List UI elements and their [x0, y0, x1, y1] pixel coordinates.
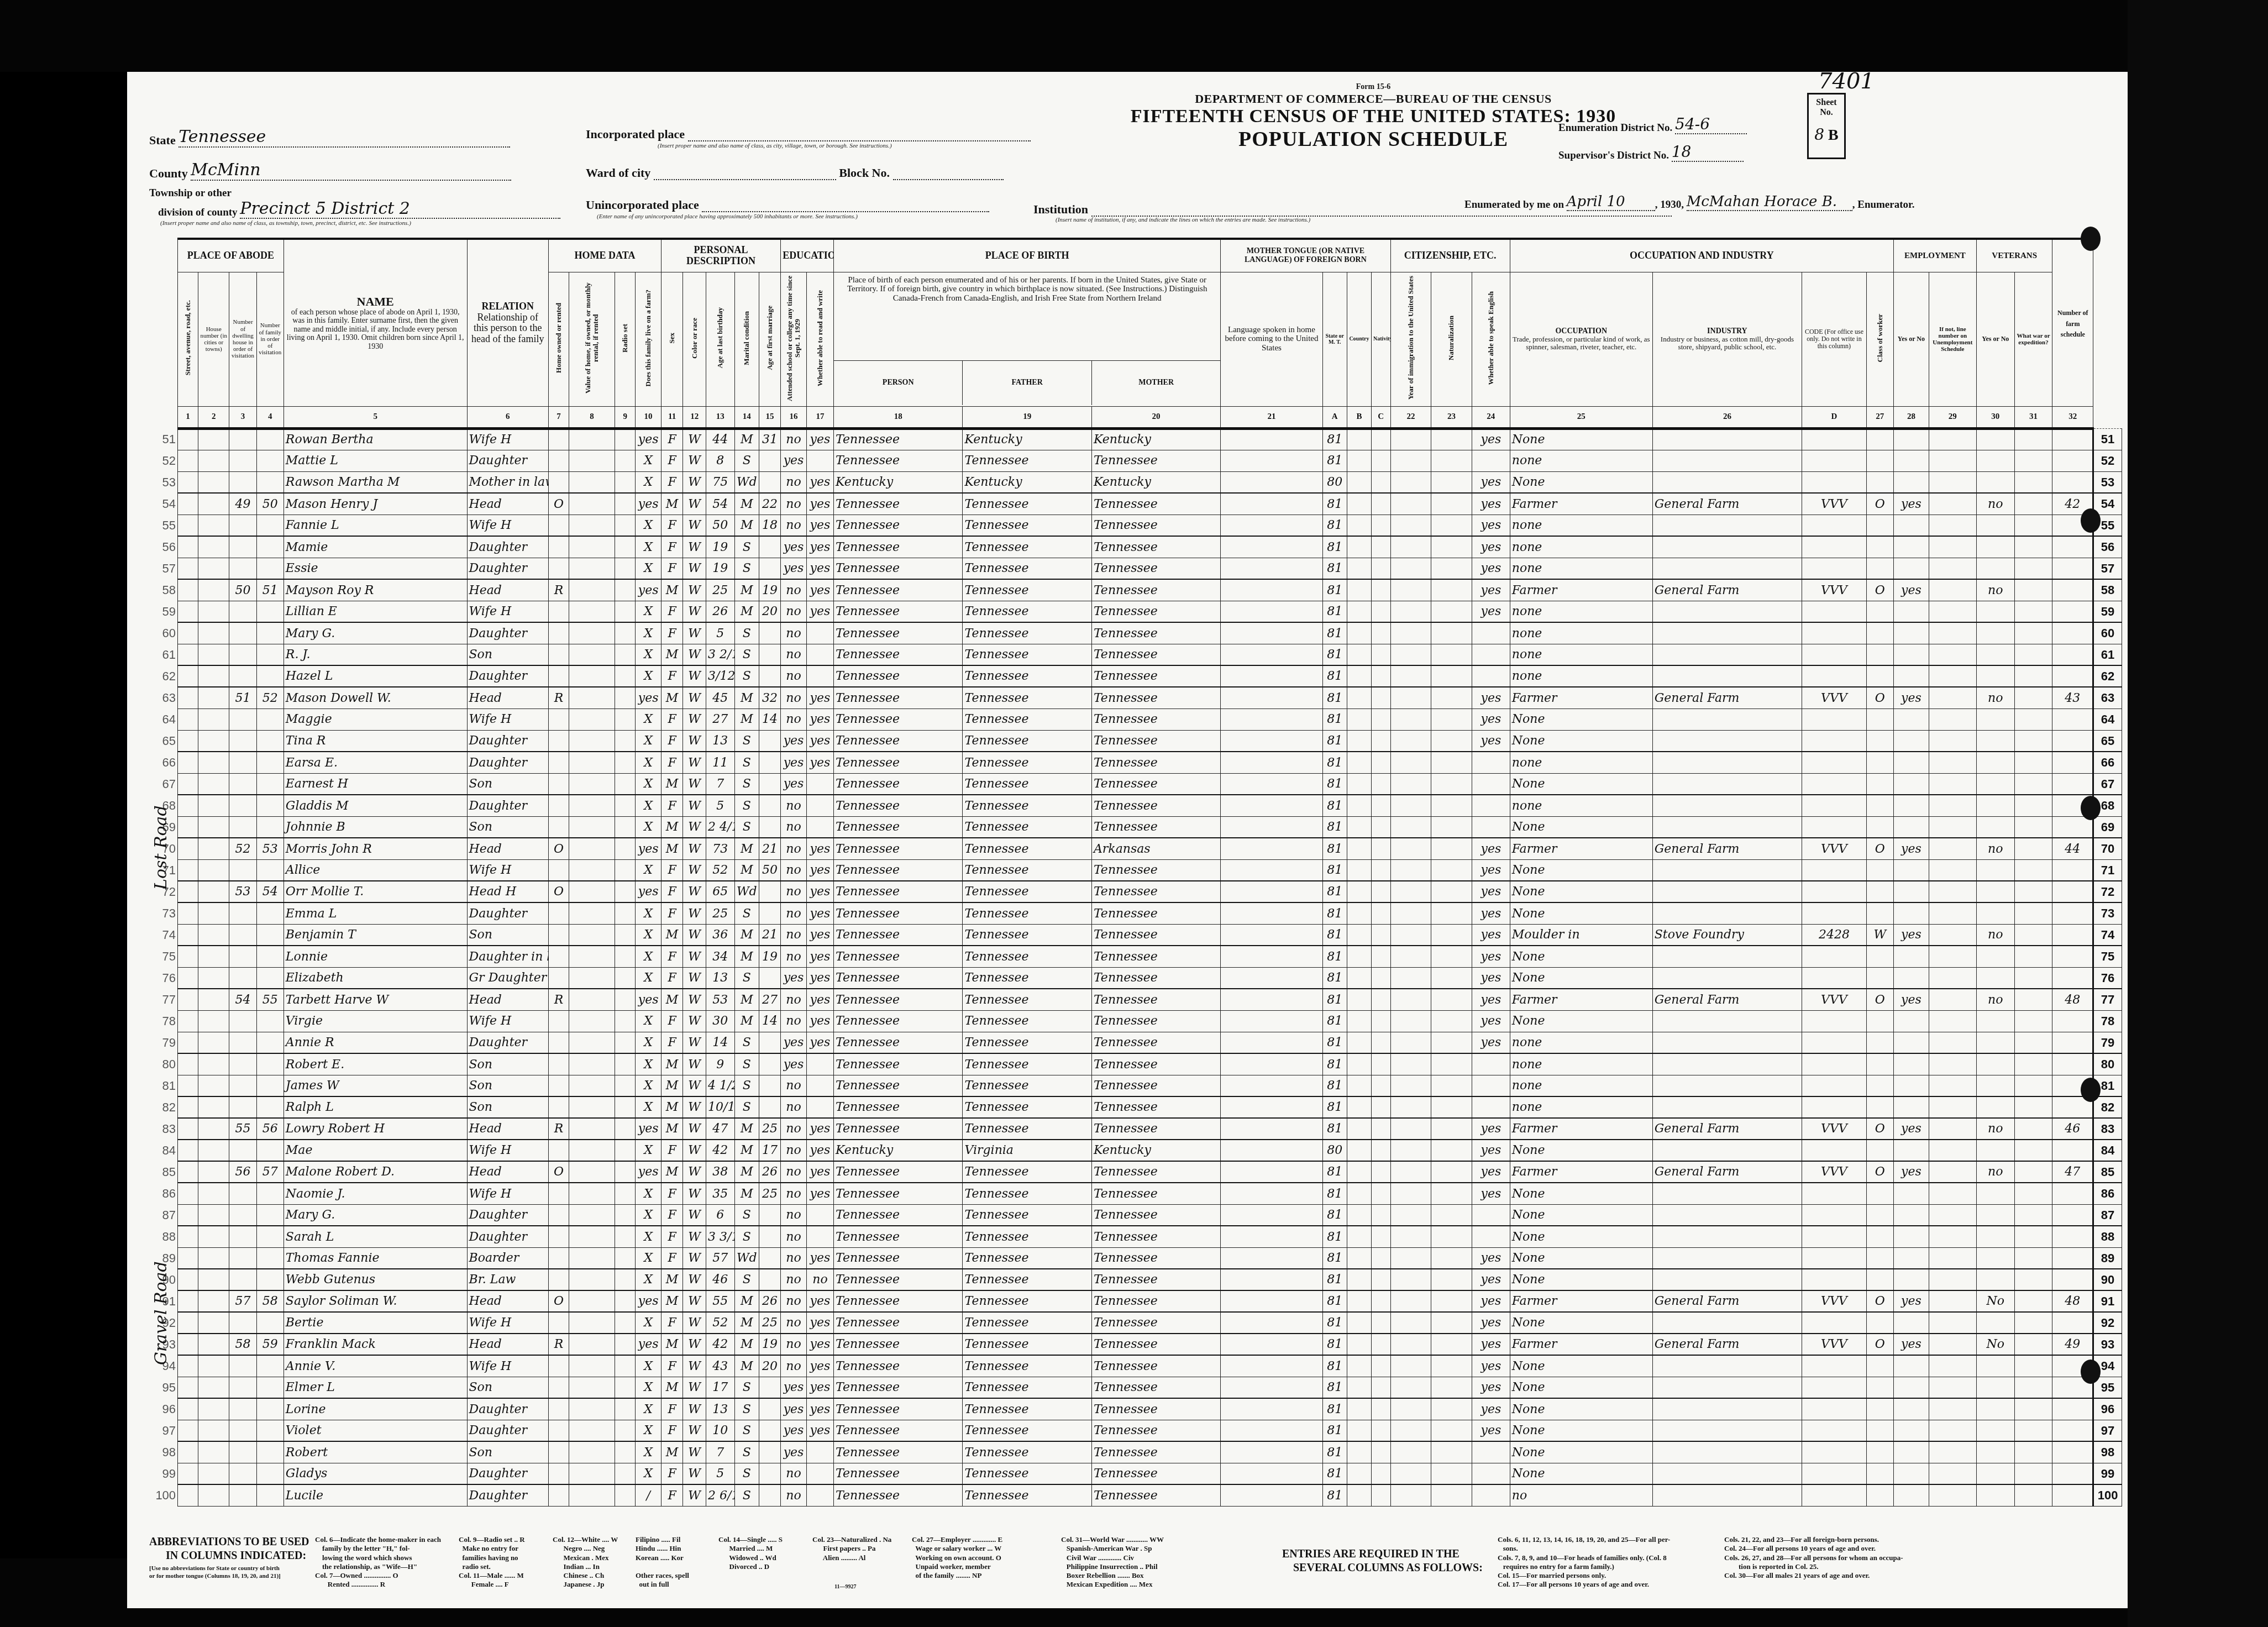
read-write: [806, 622, 833, 644]
empty-cell: [615, 989, 636, 1010]
group-place-of-abode: PLACE OF ABODE: [178, 239, 284, 272]
birthplace-father: Tennessee: [963, 601, 1091, 622]
table-row: 84MaeWife HXFW42M17noyesKentuckyVirginia…: [149, 1140, 2122, 1161]
class-of-worker: [1866, 1204, 1893, 1226]
empty-cell: [198, 967, 229, 989]
code-state: 81: [1322, 730, 1347, 752]
person-name: Tarbett Harve W: [283, 989, 467, 1010]
occupation: None: [1510, 1140, 1652, 1161]
race: W: [683, 1032, 706, 1053]
line-number: 83: [2093, 1118, 2122, 1140]
occupation: no: [1510, 1484, 1652, 1506]
home-owned: [548, 536, 569, 558]
empty-cell: [1221, 838, 1322, 859]
empty-cell: [1372, 1247, 1390, 1269]
line-number: 92: [2093, 1312, 2122, 1334]
dwelling-number: [229, 795, 256, 816]
occupation-code: [1802, 622, 1867, 644]
class-of-worker: O: [1866, 687, 1893, 708]
dwelling-number: 52: [229, 838, 256, 859]
birthplace-father: Tennessee: [963, 1290, 1091, 1312]
empty-cell: [2014, 730, 2052, 752]
farm-residence: X: [636, 450, 662, 471]
empty-cell: [569, 881, 615, 902]
sex: F: [661, 471, 683, 493]
race: W: [683, 579, 706, 601]
age-at-marriage: 14: [759, 708, 780, 730]
township-value: Precinct 5 District 2: [240, 200, 560, 219]
industry: General Farm: [1652, 579, 1802, 601]
empty-cell: [569, 1355, 615, 1377]
occupation: None: [1510, 967, 1652, 989]
line-number: 58: [149, 579, 178, 601]
class-of-worker: [1866, 1053, 1893, 1075]
birthplace-person: Tennessee: [834, 1377, 963, 1398]
empty-cell: [1372, 644, 1390, 665]
relation: Son: [467, 1053, 548, 1075]
class-of-worker: [1866, 1226, 1893, 1247]
column-number: 32: [2052, 406, 2093, 428]
empty-cell: [178, 1312, 198, 1334]
race: W: [683, 493, 706, 515]
employed: [1893, 1053, 1929, 1075]
relation: Daughter: [467, 1226, 548, 1247]
empty-cell: [178, 450, 198, 471]
table-row: 92BertieWife HXFW52M25noyesTennesseeTenn…: [149, 1312, 2122, 1334]
empty-cell: [1431, 1420, 1472, 1441]
family-number: [256, 1010, 283, 1032]
empty-cell: [615, 1032, 636, 1053]
class-of-worker: [1866, 450, 1893, 471]
age-at-marriage: 18: [759, 515, 780, 536]
empty-cell: [178, 989, 198, 1010]
code-state: 81: [1322, 816, 1347, 838]
industry: [1652, 1247, 1802, 1269]
speaks-english: [1472, 1204, 1510, 1226]
code-state: 81: [1322, 752, 1347, 773]
occupation: None: [1510, 1463, 1652, 1484]
industry: [1652, 536, 1802, 558]
relation: Boarder: [467, 1247, 548, 1269]
farm-residence: X: [636, 536, 662, 558]
birthplace-father: Tennessee: [963, 773, 1091, 795]
age: 38: [706, 1161, 735, 1183]
age: 5: [706, 1463, 735, 1484]
empty-cell: [1431, 1312, 1472, 1334]
relation: Daughter: [467, 450, 548, 471]
class-of-worker: [1866, 471, 1893, 493]
code-state: 80: [1322, 471, 1347, 493]
dwelling-number: [229, 859, 256, 881]
person-name: Sarah L: [283, 1226, 467, 1247]
empty-cell: [1221, 428, 1322, 450]
relation: Daughter: [467, 1032, 548, 1053]
farm-schedule-number: [2052, 1441, 2093, 1463]
employed: [1893, 967, 1929, 989]
industry: [1652, 816, 1802, 838]
line-number: 83: [149, 1118, 178, 1140]
occupation: Farmer: [1510, 989, 1652, 1010]
school-attendance: no: [781, 493, 807, 515]
empty-cell: [1929, 1140, 1976, 1161]
family-number: [256, 1032, 283, 1053]
county-value: McMinn: [191, 160, 511, 181]
relation: Daughter: [467, 558, 548, 579]
empty-cell: [2014, 1183, 2052, 1204]
table-row: 59Lillian EWife HXFW26M20noyesTennesseeT…: [149, 601, 2122, 622]
table-row: 65Tina RDaughterXFW13SyesyesTennesseeTen…: [149, 730, 2122, 752]
industry: [1652, 665, 1802, 687]
school-attendance: yes: [781, 752, 807, 773]
relation: Daughter: [467, 1463, 548, 1484]
marital-status: S: [734, 795, 759, 816]
read-write: yes: [806, 924, 833, 946]
race: W: [683, 1096, 706, 1118]
marital-status: M: [734, 428, 759, 450]
dwelling-number: [229, 1140, 256, 1161]
table-row: 87Mary G.DaughterXFW6SnoTennesseeTenness…: [149, 1204, 2122, 1226]
dwelling-number: [229, 665, 256, 687]
table-row: 585051Mayson Roy RHeadRyesMW25M19noyesTe…: [149, 579, 2122, 601]
age: 13: [706, 1398, 735, 1420]
age: 47: [706, 1118, 735, 1140]
age-at-marriage: 19: [759, 1334, 780, 1355]
school-attendance: no: [781, 687, 807, 708]
empty-cell: [1390, 838, 1431, 859]
read-write: [806, 1204, 833, 1226]
farm-schedule-number: 48: [2052, 989, 2093, 1010]
empty-cell: [2014, 1226, 2052, 1247]
code-state: 81: [1322, 687, 1347, 708]
empty-cell: [178, 816, 198, 838]
empty-cell: [1221, 1204, 1322, 1226]
empty-cell: [1372, 924, 1390, 946]
read-write: yes: [806, 838, 833, 859]
dwelling-number: [229, 1096, 256, 1118]
farm-residence: X: [636, 1140, 662, 1161]
empty-cell: [1347, 1269, 1371, 1290]
empty-cell: [1221, 1096, 1322, 1118]
empty-cell: [178, 1075, 198, 1096]
occupation: None: [1510, 773, 1652, 795]
empty-cell: [615, 1377, 636, 1398]
empty-cell: [1347, 1161, 1371, 1183]
birthplace-person: Tennessee: [834, 902, 963, 924]
industry: [1652, 1463, 1802, 1484]
speaks-english: [1472, 1075, 1510, 1096]
sex: F: [661, 1484, 683, 1506]
empty-cell: [1390, 1096, 1431, 1118]
occupation: Farmer: [1510, 1118, 1652, 1140]
person-name: Lowry Robert H: [283, 1118, 467, 1140]
read-write: yes: [806, 1377, 833, 1398]
empty-cell: [1221, 924, 1322, 946]
industry: [1652, 946, 1802, 967]
occupation-code: [1802, 536, 1867, 558]
punch-hole: [2081, 508, 2101, 533]
empty-cell: [1390, 665, 1431, 687]
occupation: none: [1510, 1032, 1652, 1053]
class-of-worker: [1866, 752, 1893, 773]
read-write: yes: [806, 881, 833, 902]
class-of-worker: [1866, 946, 1893, 967]
occupation-code: 2428: [1802, 924, 1867, 946]
class-of-worker: [1866, 1355, 1893, 1377]
empty-cell: [1372, 795, 1390, 816]
empty-cell: [1347, 708, 1371, 730]
occupation-code: [1802, 1420, 1867, 1441]
line-number: 98: [2093, 1441, 2122, 1463]
occupation: Farmer: [1510, 579, 1652, 601]
empty-cell: [1372, 1226, 1390, 1247]
empty-cell: [198, 665, 229, 687]
birthplace-mother: Tennessee: [1091, 1463, 1220, 1484]
dwelling-number: [229, 1312, 256, 1334]
speaks-english: [1472, 1441, 1510, 1463]
age: 42: [706, 1334, 735, 1355]
column-number: 23: [1431, 406, 1472, 428]
age: 36: [706, 924, 735, 946]
sex: M: [661, 1053, 683, 1075]
empty-cell: [615, 644, 636, 665]
sex: F: [661, 795, 683, 816]
empty-cell: [178, 1140, 198, 1161]
empty-cell: [569, 536, 615, 558]
table-row: 52Mattie LDaughterXFW8SyesTennesseeTenne…: [149, 450, 2122, 471]
empty-cell: [1390, 515, 1431, 536]
column-number: 28: [1893, 406, 1929, 428]
race: W: [683, 795, 706, 816]
class-of-worker: [1866, 536, 1893, 558]
line-number: 80: [149, 1053, 178, 1075]
line-number: 60: [2093, 622, 2122, 644]
farm-schedule-number: [2052, 1463, 2093, 1484]
farm-residence: X: [636, 1312, 662, 1334]
class-of-worker: [1866, 665, 1893, 687]
birthplace-mother: Tennessee: [1091, 515, 1220, 536]
census-rows: 51Rowan BerthaWife HyesFW44M31noyesTenne…: [149, 428, 2122, 1506]
column-number: 14: [734, 406, 759, 428]
empty-cell: [2014, 1290, 2052, 1312]
empty-cell: [569, 1441, 615, 1463]
read-write: [806, 816, 833, 838]
occupation: Farmer: [1510, 838, 1652, 859]
birthplace-father: Tennessee: [963, 924, 1091, 946]
farm-residence: X: [636, 1010, 662, 1032]
line-number: 76: [149, 967, 178, 989]
age: 45: [706, 687, 735, 708]
speaks-english: [1472, 816, 1510, 838]
read-write: [806, 795, 833, 816]
marital-status: M: [734, 1355, 759, 1377]
birthplace-mother: Tennessee: [1091, 665, 1220, 687]
marital-status: S: [734, 536, 759, 558]
industry: [1652, 1010, 1802, 1032]
empty-cell: [615, 1247, 636, 1269]
race: W: [683, 622, 706, 644]
speaks-english: [1472, 795, 1510, 816]
dwelling-number: [229, 515, 256, 536]
relation: Son: [467, 773, 548, 795]
family-number: [256, 924, 283, 946]
table-row: 53Rawson Martha MMother in lawXFW75Wdnoy…: [149, 471, 2122, 493]
sex: M: [661, 1290, 683, 1312]
header-relation: RELATIONRelationship of this person to t…: [467, 239, 548, 406]
table-row: 90Webb GutenusBr. LawXMW46SnonoTennessee…: [149, 1269, 2122, 1290]
veteran: [1976, 1032, 2014, 1053]
state-field: State Tennessee: [149, 127, 510, 148]
person-name: Violet: [283, 1420, 467, 1441]
empty-cell: [1390, 1269, 1431, 1290]
farm-schedule-number: [2052, 1420, 2093, 1441]
speaks-english: yes: [1472, 838, 1510, 859]
code-state: 81: [1322, 1377, 1347, 1398]
empty-cell: [1372, 428, 1390, 450]
birthplace-father: Tennessee: [963, 838, 1091, 859]
column-number: 11: [661, 406, 683, 428]
empty-cell: [1431, 1247, 1472, 1269]
age: 73: [706, 838, 735, 859]
class-of-worker: [1866, 1032, 1893, 1053]
empty-cell: [1372, 1441, 1390, 1463]
relation: Daughter: [467, 752, 548, 773]
marital-status: S: [734, 967, 759, 989]
empty-cell: [615, 816, 636, 838]
farm-schedule-number: [2052, 1269, 2093, 1290]
empty-cell: [569, 1010, 615, 1032]
speaks-english: yes: [1472, 687, 1510, 708]
farm-schedule-number: [2052, 428, 2093, 450]
employed: yes: [1893, 1118, 1929, 1140]
school-attendance: no: [781, 1204, 807, 1226]
empty-cell: [615, 579, 636, 601]
employed: yes: [1893, 924, 1929, 946]
industry: [1652, 795, 1802, 816]
employed: [1893, 816, 1929, 838]
school-attendance: yes: [781, 1377, 807, 1398]
relation: Daughter: [467, 1420, 548, 1441]
sex: M: [661, 579, 683, 601]
employed: [1893, 773, 1929, 795]
empty-cell: [178, 795, 198, 816]
birthplace-mother: Tennessee: [1091, 1312, 1220, 1334]
table-row: 64MaggieWife HXFW27M14noyesTennesseeTenn…: [149, 708, 2122, 730]
birthplace-mother: Tennessee: [1091, 644, 1220, 665]
birthplace-person: Tennessee: [834, 493, 963, 515]
family-number: [256, 1053, 283, 1075]
relation: Son: [467, 1075, 548, 1096]
empty-cell: [198, 752, 229, 773]
birthplace-person: Tennessee: [834, 946, 963, 967]
veteran: [1976, 730, 2014, 752]
relation: Wife H: [467, 708, 548, 730]
empty-cell: [1929, 1183, 1976, 1204]
dwelling-number: [229, 902, 256, 924]
marital-status: M: [734, 1334, 759, 1355]
empty-cell: [569, 924, 615, 946]
empty-cell: [2014, 1075, 2052, 1096]
birthplace-person: Tennessee: [834, 558, 963, 579]
race: W: [683, 859, 706, 881]
empty-cell: [178, 1484, 198, 1506]
line-number: 74: [149, 924, 178, 946]
read-write: yes: [806, 708, 833, 730]
school-attendance: no: [781, 1247, 807, 1269]
read-write: [806, 773, 833, 795]
birthplace-father: Tennessee: [963, 902, 1091, 924]
occupation-code: VVV: [1802, 838, 1867, 859]
marital-status: M: [734, 838, 759, 859]
age-at-marriage: [759, 1032, 780, 1053]
industry: General Farm: [1652, 1290, 1802, 1312]
empty-cell: [1390, 1377, 1431, 1398]
empty-cell: [1347, 471, 1371, 493]
age: 54: [706, 493, 735, 515]
farm-residence: X: [636, 816, 662, 838]
sex: F: [661, 902, 683, 924]
family-number: 56: [256, 1118, 283, 1140]
empty-cell: [2014, 924, 2052, 946]
code-state: 81: [1322, 558, 1347, 579]
occupation-code: VVV: [1802, 687, 1867, 708]
empty-cell: [615, 558, 636, 579]
birthplace-person: Tennessee: [834, 1441, 963, 1463]
empty-cell: [1431, 471, 1472, 493]
code-state: 81: [1322, 1161, 1347, 1183]
empty-cell: [2014, 665, 2052, 687]
speaks-english: yes: [1472, 428, 1510, 450]
empty-cell: [1221, 1269, 1322, 1290]
speaks-english: yes: [1472, 924, 1510, 946]
school-attendance: no: [781, 1096, 807, 1118]
birthplace-mother: Tennessee: [1091, 1010, 1220, 1032]
school-attendance: no: [781, 1312, 807, 1334]
empty-cell: [1372, 1290, 1390, 1312]
table-row: 55Fannie LWife HXFW50M18noyesTennesseeTe…: [149, 515, 2122, 536]
sex: F: [661, 1355, 683, 1377]
empty-cell: [1390, 1290, 1431, 1312]
birthplace-person: Tennessee: [834, 644, 963, 665]
age-at-marriage: 17: [759, 1140, 780, 1161]
empty-cell: [1347, 515, 1371, 536]
empty-cell: [1431, 773, 1472, 795]
home-owned: [548, 773, 569, 795]
birthplace-person: Tennessee: [834, 1247, 963, 1269]
column-number: 25: [1510, 406, 1652, 428]
age: 10/12: [706, 1096, 735, 1118]
dwelling-number: [229, 1010, 256, 1032]
code-state: 81: [1322, 773, 1347, 795]
class-of-worker: [1866, 644, 1893, 665]
employed: [1893, 644, 1929, 665]
line-number: 96: [2093, 1398, 2122, 1420]
empty-cell: [1431, 579, 1472, 601]
empty-cell: [1929, 773, 1976, 795]
empty-cell: [2014, 1053, 2052, 1075]
farm-residence: yes: [636, 1334, 662, 1355]
occupation-code: VVV: [1802, 579, 1867, 601]
township-note: (Insert proper name and also name of cla…: [160, 220, 411, 227]
empty-cell: [569, 902, 615, 924]
race: W: [683, 471, 706, 493]
family-number: [256, 1463, 283, 1484]
occupation: None: [1510, 1398, 1652, 1420]
empty-cell: [1221, 1484, 1322, 1506]
table-row: 73Emma LDaughterXFW25SnoyesTennesseeTenn…: [149, 902, 2122, 924]
empty-cell: [569, 1398, 615, 1420]
speaks-english: [1472, 1096, 1510, 1118]
home-owned: [548, 1398, 569, 1420]
